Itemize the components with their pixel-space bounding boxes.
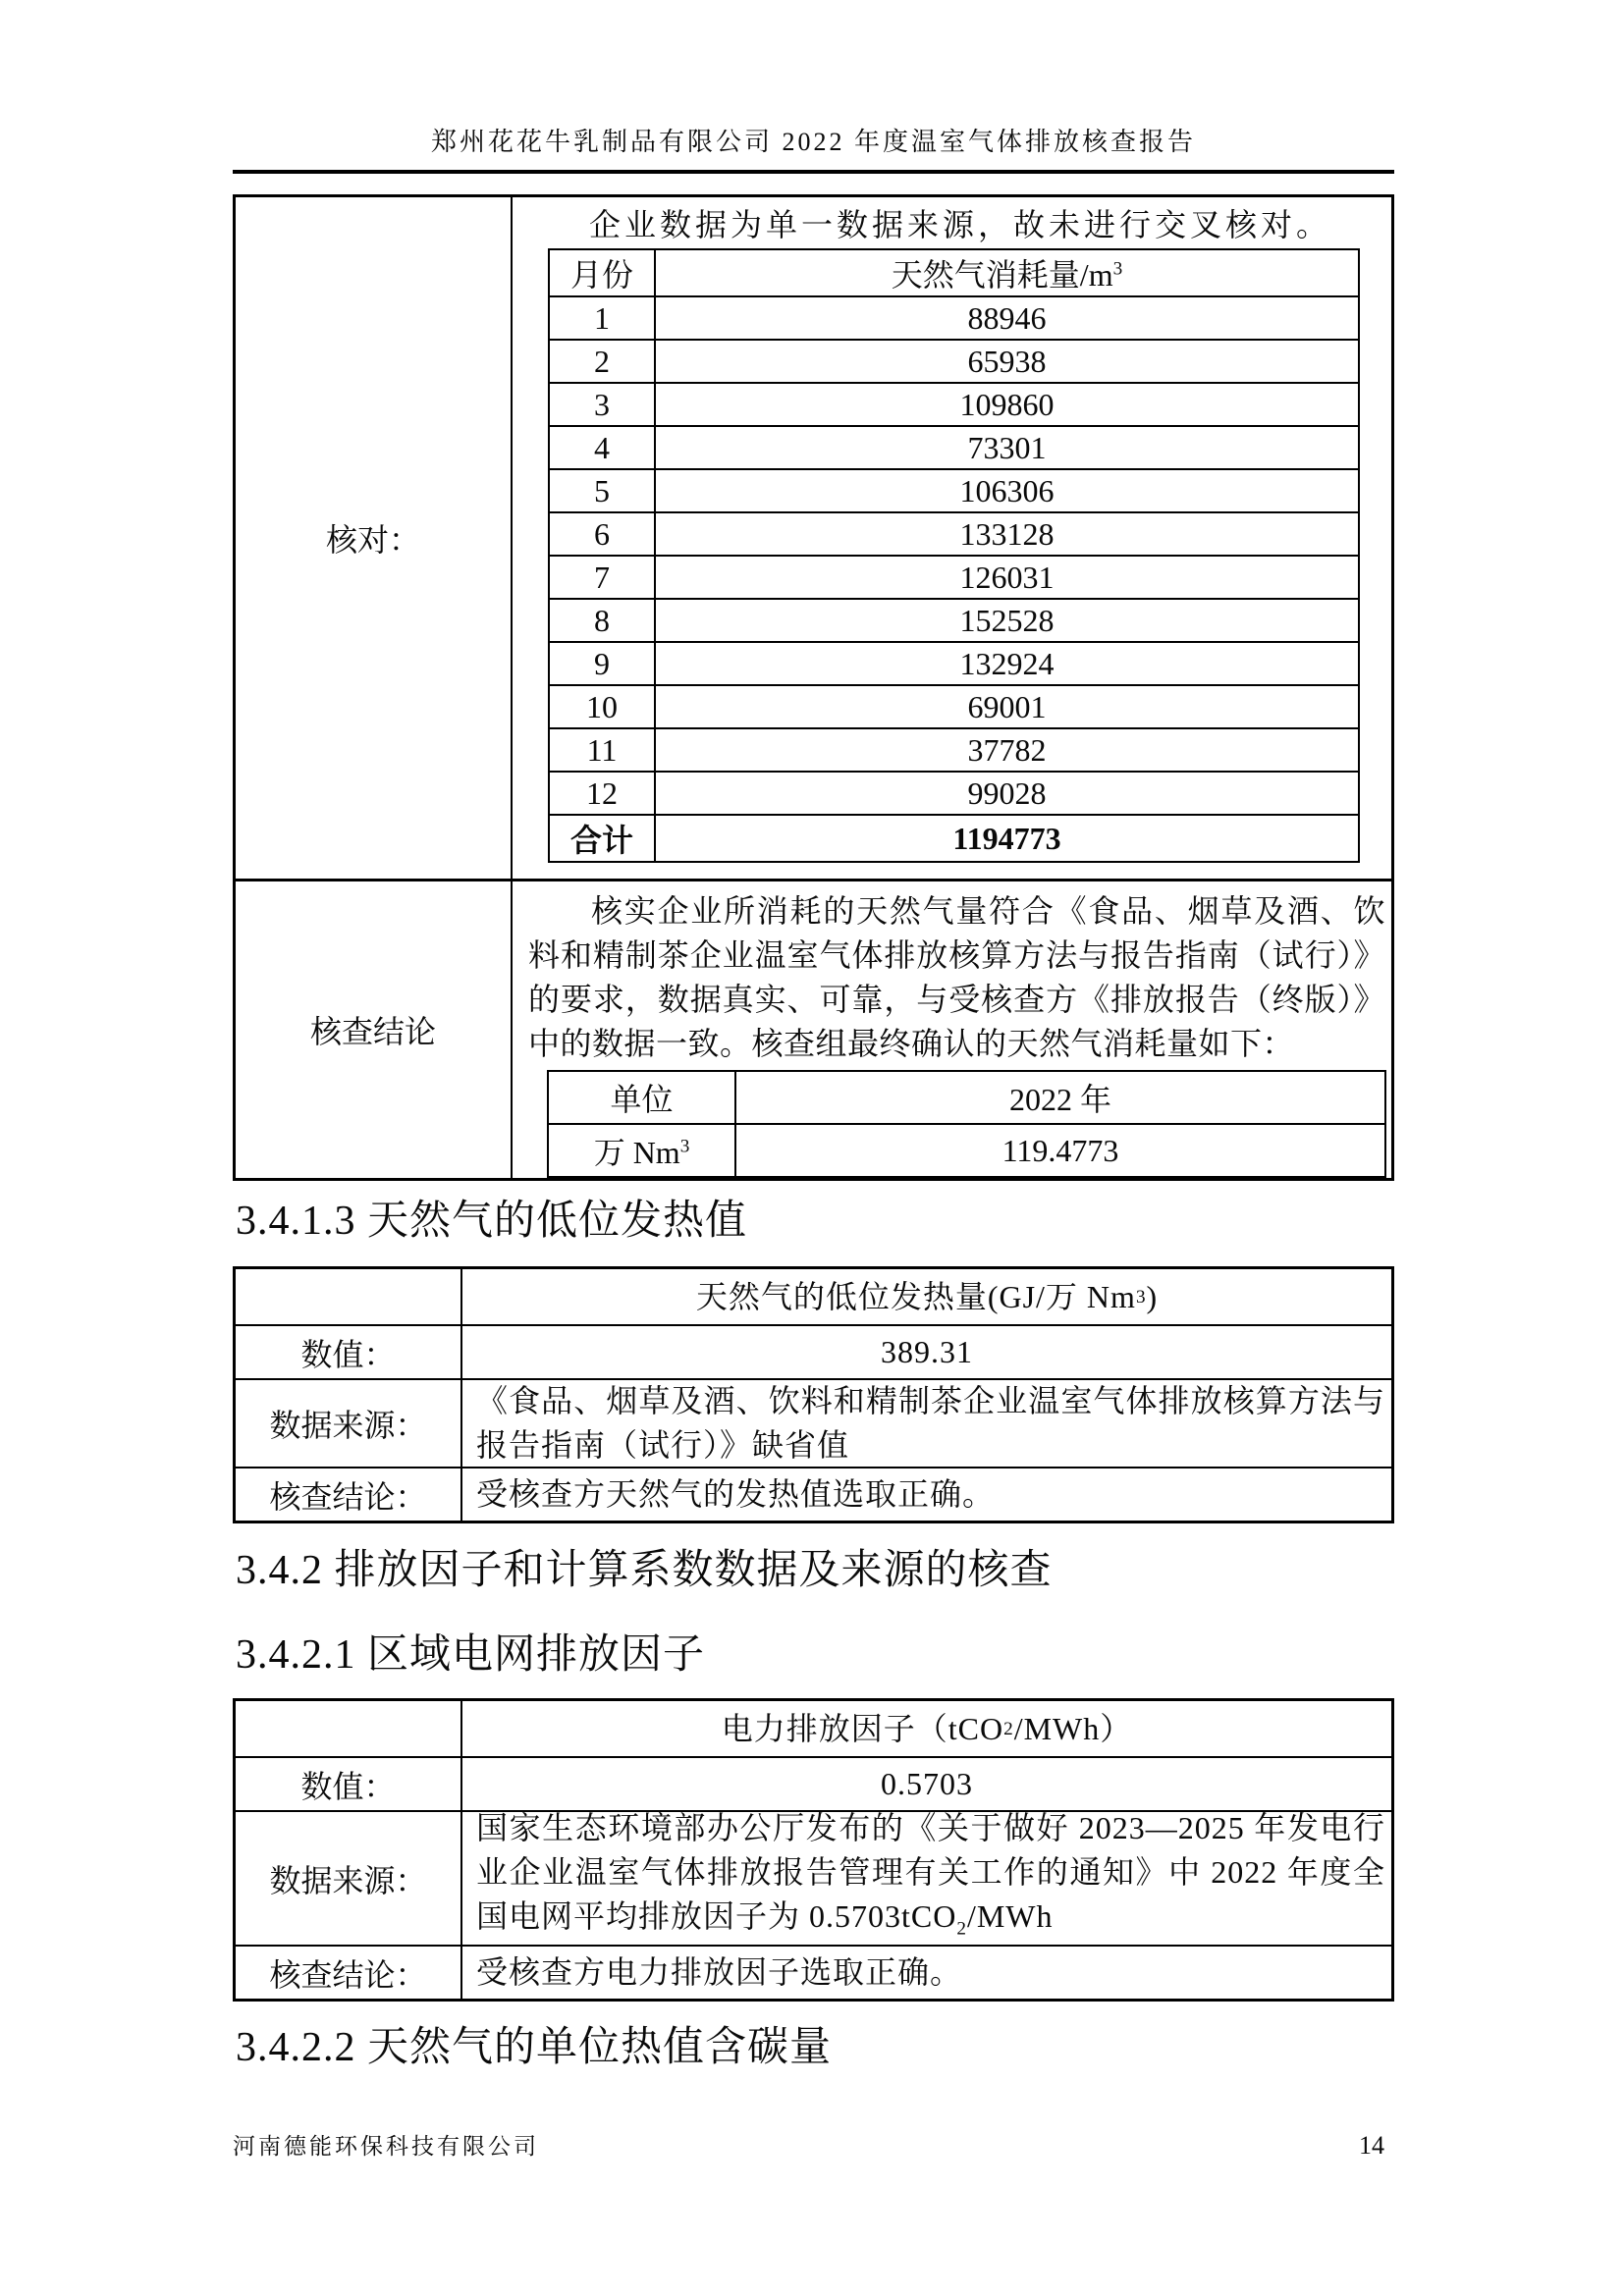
ef-conclusion-cell: 受核查方电力排放因子选取正确。	[462, 1947, 1391, 1999]
ef-value-cell: 0.5703	[462, 1758, 1391, 1810]
table-row: 1069001	[549, 685, 1359, 728]
page-footer: 河南德能环保科技有限公司 14	[233, 2128, 1394, 2161]
year-value-cell: 119.4773	[735, 1124, 1385, 1177]
year-header-cell: 2022 年	[735, 1071, 1385, 1124]
superscript-3: 3	[680, 1136, 690, 1156]
page-header: 郑州花花牛乳制品有限公司 2022 年度温室气体排放核查报告	[233, 122, 1394, 174]
unit-header-row: 单位 2022 年	[548, 1071, 1385, 1124]
section-heading-3421: 3.4.2.1 区域电网排放因子	[236, 1622, 1414, 1681]
value-cell: 152528	[655, 599, 1359, 642]
month-cell: 2	[549, 340, 655, 383]
value-cell: 99028	[655, 772, 1359, 815]
value-cell: 133128	[655, 512, 1359, 556]
month-cell: 3	[549, 383, 655, 426]
section-heading-342: 3.4.2 排放因子和计算系数数据及来源的核查	[236, 1537, 1414, 1596]
month-cell: 8	[549, 599, 655, 642]
value-cell: 73301	[655, 426, 1359, 469]
ef-value-row: 数值： 0.5703	[236, 1756, 1391, 1810]
ef-source-cell: 国家生态环境部办公厅发布的《关于做好 2023—2025 年发电行业企业温室气体…	[462, 1812, 1391, 1945]
empty-label-cell	[236, 1269, 462, 1324]
month-cell: 5	[549, 469, 655, 512]
page-number: 14	[1359, 2131, 1394, 2161]
superscript-3: 3	[1136, 1275, 1147, 1319]
value-cell: 109860	[655, 383, 1359, 426]
value-cell: 37782	[655, 728, 1359, 772]
total-row: 合计 1194773	[549, 815, 1359, 862]
month-cell: 9	[549, 642, 655, 685]
month-cell: 12	[549, 772, 655, 815]
ef-source-row: 数据来源： 国家生态环境部办公厅发布的《关于做好 2023—2025 年发电行业…	[236, 1810, 1391, 1945]
ef-header-row: 电力排放因子（tCO2/MWh）	[236, 1701, 1391, 1756]
conclusion-content-cell: 核实企业所消耗的天然气量符合《食品、烟草及酒、饮料和精制茶企业温室气体排放核算方…	[513, 881, 1391, 1178]
ncv-table: 天然气的低位发热量(GJ/万 Nm3) 数值： 389.31 数据来源： 《食品…	[233, 1266, 1394, 1523]
table-row: 265938	[549, 340, 1359, 383]
month-column-header: 月份	[549, 249, 655, 296]
natural-gas-verification-table: 核对： 企业数据为单一数据来源，故未进行交叉核对。 月份 天然气消耗量/m3 1…	[233, 194, 1394, 1181]
month-cell: 6	[549, 512, 655, 556]
source-label-cell: 数据来源：	[236, 1380, 462, 1467]
month-cell: 11	[549, 728, 655, 772]
check-content-cell: 企业数据为单一数据来源，故未进行交叉核对。 月份 天然气消耗量/m3 18894…	[513, 197, 1391, 879]
superscript-3: 3	[1113, 258, 1123, 279]
value-cell: 132924	[655, 642, 1359, 685]
month-cell: 10	[549, 685, 655, 728]
ef-conclusion-row: 核查结论： 受核查方电力排放因子选取正确。	[236, 1945, 1391, 1999]
value-label-cell: 数值：	[236, 1326, 462, 1378]
section-heading-3413: 3.4.1.3 天然气的低位发热值	[236, 1188, 1414, 1247]
monthly-consumption-table: 月份 天然气消耗量/m3 188946 265938 3109860 47330…	[548, 248, 1360, 863]
total-value-cell: 1194773	[655, 815, 1359, 862]
value-label-cell: 数值：	[236, 1758, 462, 1810]
value-cell: 65938	[655, 340, 1359, 383]
conclusion-label-cell: 核查结论：	[236, 1468, 462, 1521]
unit-header-cell: 单位	[548, 1071, 735, 1124]
conclusion-label-cell: 核查结论	[236, 881, 513, 1178]
month-cell: 4	[549, 426, 655, 469]
total-label-cell: 合计	[549, 815, 655, 862]
ef-header-cell: 电力排放因子（tCO2/MWh）	[462, 1701, 1391, 1756]
table-row: 3109860	[549, 383, 1359, 426]
table-row: 5106306	[549, 469, 1359, 512]
table-row: 188946	[549, 296, 1359, 340]
subscript-2: 2	[1003, 1707, 1014, 1751]
ncv-value-cell: 389.31	[462, 1326, 1391, 1378]
month-cell: 1	[549, 296, 655, 340]
value-cell: 88946	[655, 296, 1359, 340]
footer-company: 河南德能环保科技有限公司	[233, 2128, 539, 2161]
consumption-column-header: 天然气消耗量/m3	[655, 249, 1359, 296]
source-label-cell: 数据来源：	[236, 1812, 462, 1945]
month-cell: 7	[549, 556, 655, 599]
check-label-cell: 核对：	[236, 197, 513, 879]
table-row: 7126031	[549, 556, 1359, 599]
header-title: 郑州花花牛乳制品有限公司 2022 年度温室气体排放核查报告	[431, 128, 1196, 156]
single-source-note: 企业数据为单一数据来源，故未进行交叉核对。	[513, 197, 1391, 246]
ncv-source-row: 数据来源： 《食品、烟草及酒、饮料和精制茶企业温室气体排放核算方法与报告指南（试…	[236, 1378, 1391, 1467]
table-row: 8152528	[549, 599, 1359, 642]
conclusion-label-cell: 核查结论：	[236, 1947, 462, 1999]
value-cell: 69001	[655, 685, 1359, 728]
table-row: 1137782	[549, 728, 1359, 772]
value-cell: 126031	[655, 556, 1359, 599]
conclusion-row: 核查结论 核实企业所消耗的天然气量符合《食品、烟草及酒、饮料和精制茶企业温室气体…	[236, 879, 1391, 1178]
conclusion-paragraph: 核实企业所消耗的天然气量符合《食品、烟草及酒、饮料和精制茶企业温室气体排放核算方…	[513, 881, 1391, 1066]
ncv-header-cell: 天然气的低位发热量(GJ/万 Nm3)	[462, 1269, 1391, 1324]
empty-label-cell	[236, 1701, 462, 1756]
value-cell: 106306	[655, 469, 1359, 512]
ncv-conclusion-row: 核查结论： 受核查方天然气的发热值选取正确。	[236, 1467, 1391, 1521]
check-row: 核对： 企业数据为单一数据来源，故未进行交叉核对。 月份 天然气消耗量/m3 1…	[236, 197, 1391, 879]
monthly-header-row: 月份 天然气消耗量/m3	[549, 249, 1359, 296]
ncv-header-row: 天然气的低位发热量(GJ/万 Nm3)	[236, 1269, 1391, 1324]
subscript-2: 2	[956, 1918, 967, 1939]
ncv-conclusion-cell: 受核查方天然气的发热值选取正确。	[462, 1468, 1391, 1521]
unit-cell: 万 Nm3	[548, 1124, 735, 1177]
document-page: 郑州花花牛乳制品有限公司 2022 年度温室气体排放核查报告 核对： 企业数据为…	[0, 0, 1624, 2296]
table-row: 1299028	[549, 772, 1359, 815]
section-heading-3422: 3.4.2.2 天然气的单位热值含碳量	[236, 2014, 1414, 2073]
table-row: 6133128	[549, 512, 1359, 556]
confirmed-consumption-table: 单位 2022 年 万 Nm3 119.4773	[547, 1070, 1386, 1178]
grid-emission-factor-table: 电力排放因子（tCO2/MWh） 数值： 0.5703 数据来源： 国家生态环境…	[233, 1698, 1394, 2002]
table-row: 473301	[549, 426, 1359, 469]
ncv-value-row: 数值： 389.31	[236, 1324, 1391, 1378]
unit-value-row: 万 Nm3 119.4773	[548, 1124, 1385, 1177]
ncv-source-cell: 《食品、烟草及酒、饮料和精制茶企业温室气体排放核算方法与报告指南（试行）》缺省值	[462, 1380, 1391, 1467]
table-row: 9132924	[549, 642, 1359, 685]
